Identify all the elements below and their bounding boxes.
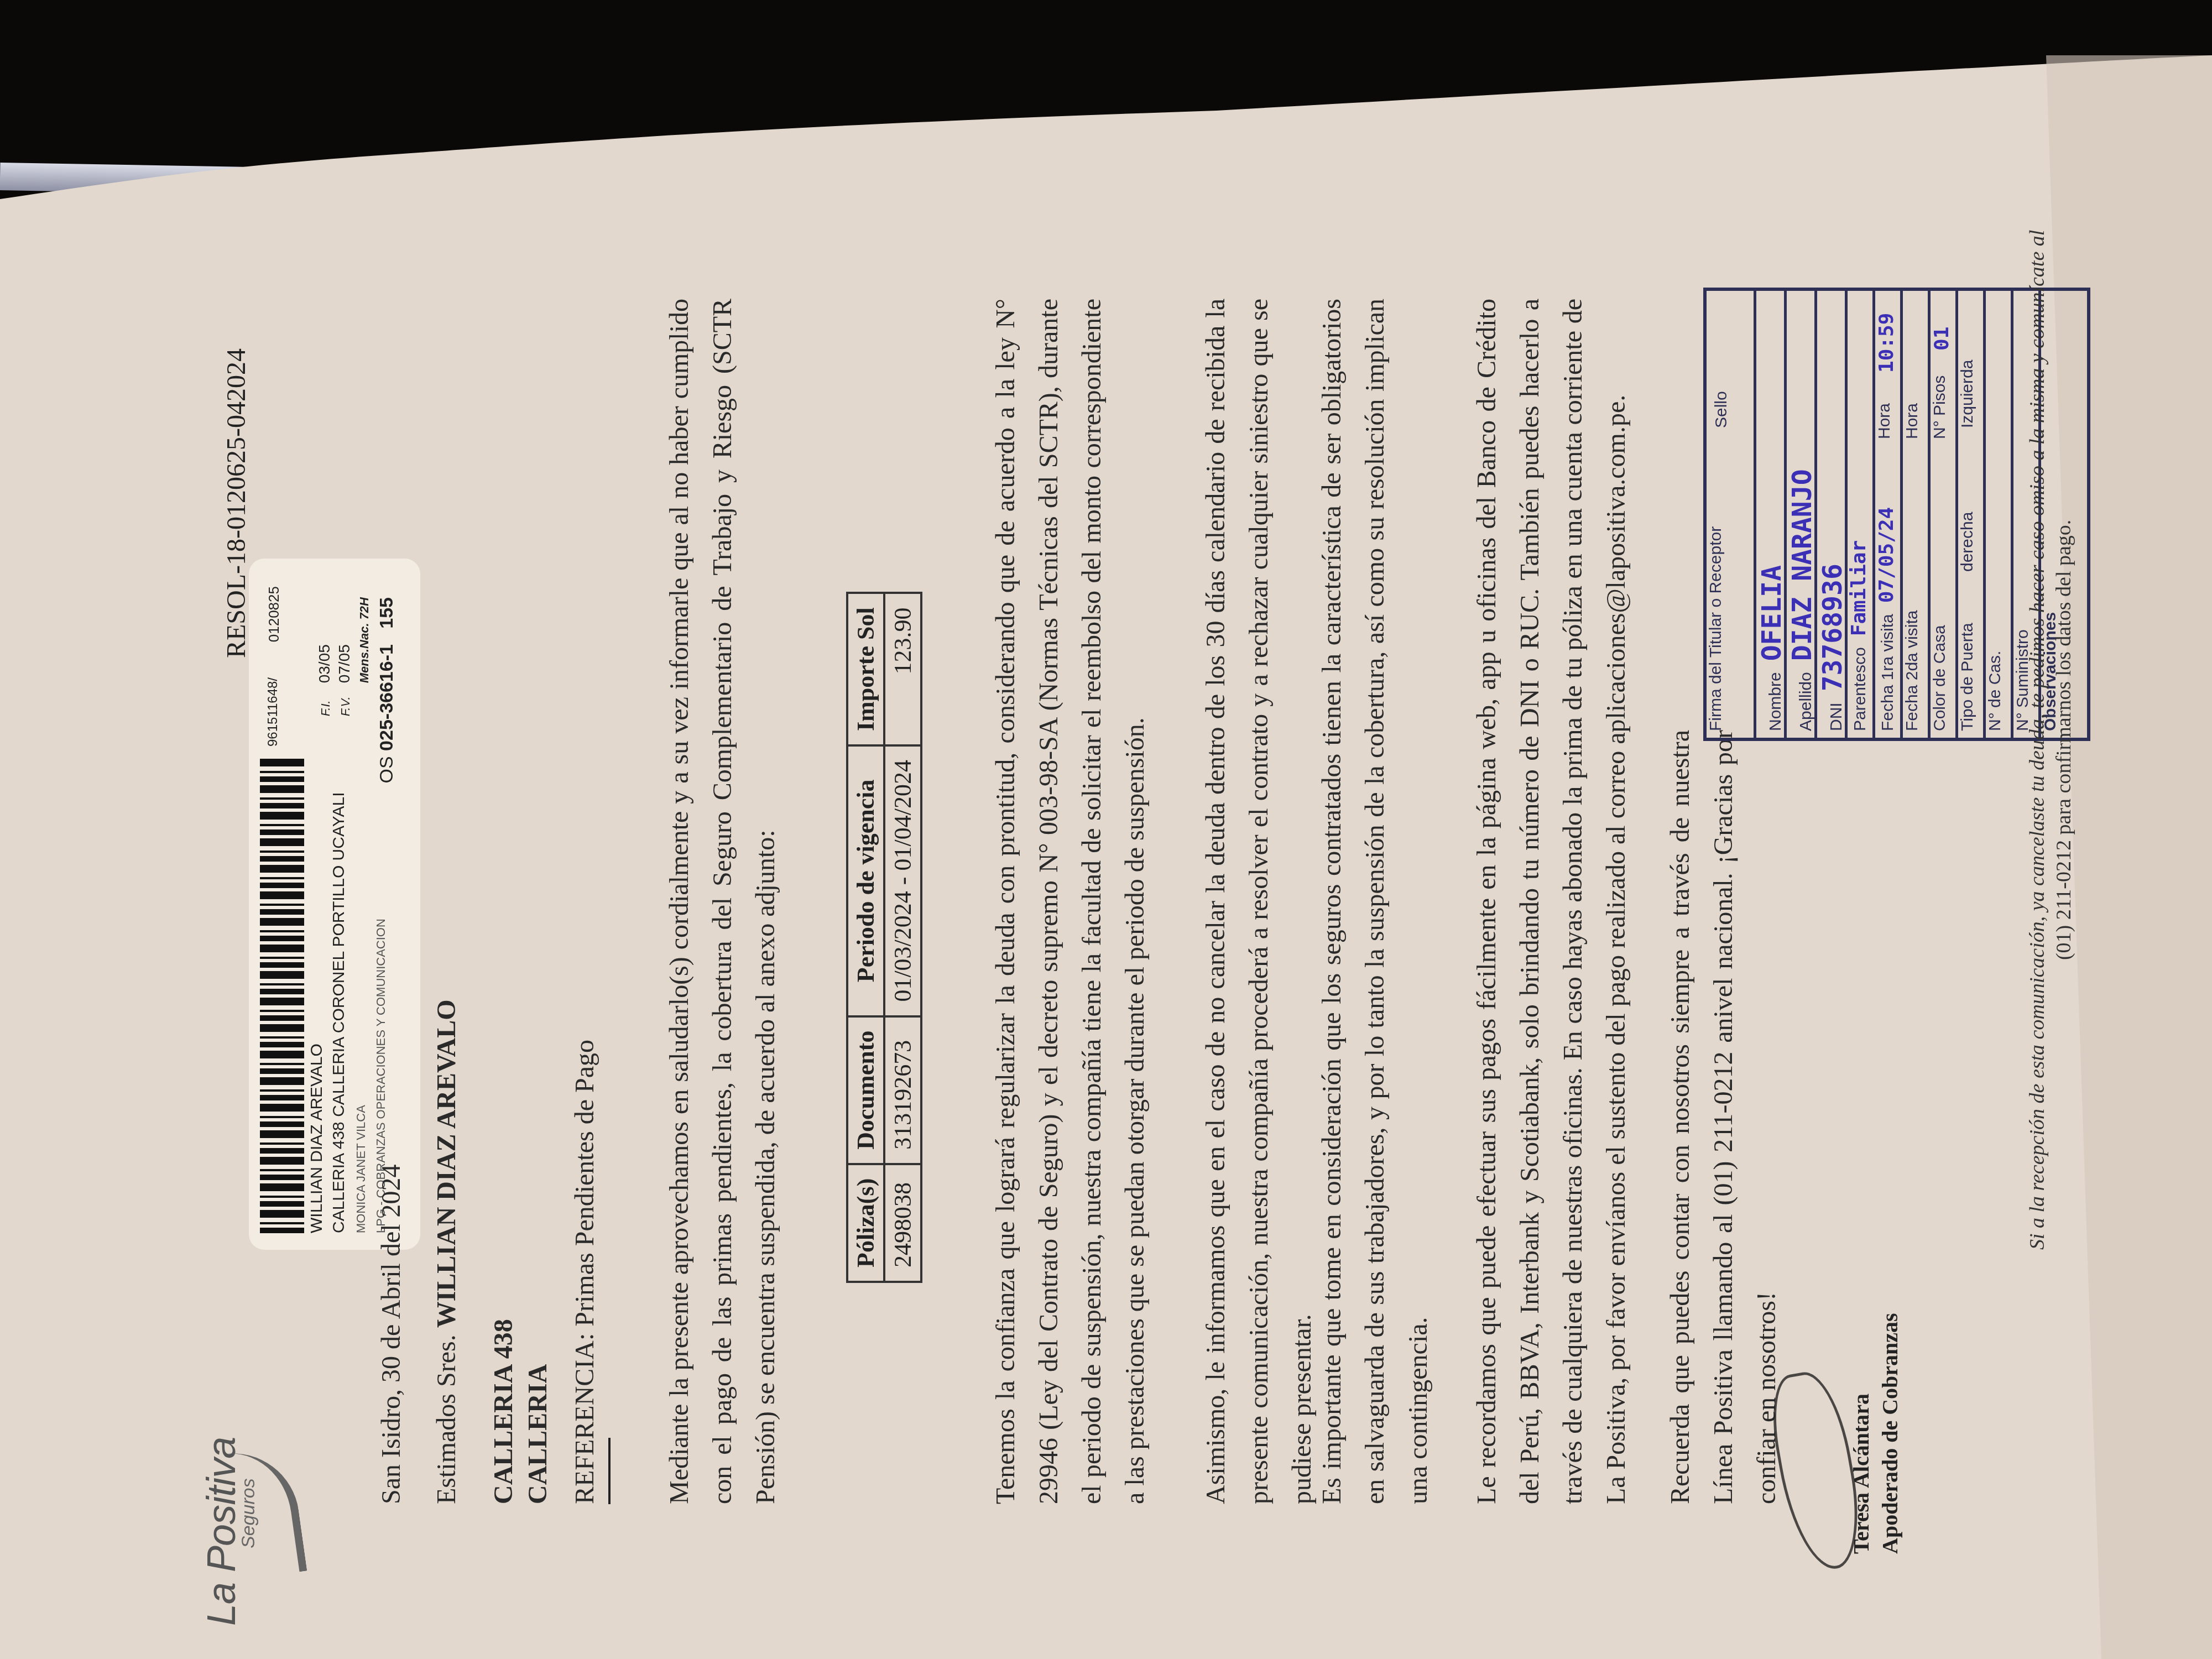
signatory-title: Apoderado de Cobranzas [1876,1313,1905,1554]
barcode-icon [260,758,304,1233]
stamp-row-firma: Firma del Titular o Receptor [1707,291,1756,738]
paragraph-payment: Le recordamos que puede efectuar sus pag… [1465,299,1638,1504]
stamp-row-nombre: NombreOFELIA [1756,291,1787,738]
cell-poliza: 2498038 [884,1164,921,1282]
signatory: Teresa Alcántara Apoderado de Cobranzas [1847,1313,1905,1554]
stamp-row-parentesco: ParentescoFamiliar [1848,291,1875,738]
os-label: OS [376,756,397,783]
paragraph-important: Es importante que tome en consideración … [1311,299,1440,1504]
stamp-row-casa: N° de Cas. [1986,291,2013,738]
address-line-1: CALLERIA 438 [487,1319,521,1504]
os-value: 025-36616-1 [376,644,397,751]
fv-value: 07/05 [336,644,353,683]
greeting: Estimados Sres. WILLIAN DIAZ AREVALO [431,999,462,1504]
stamp-row-color: Color de Casa N° Pisos01 [1931,291,1958,738]
paragraph-law: Tenemos la confianza que logrará regular… [984,299,1157,1504]
stamp-row-apellido: ApellidoDIAZ NARANJO [1787,291,1817,738]
footer-line-2: (01) 211-0212 para confirmarnos los dato… [2051,230,2077,1250]
stamp-row-puerta: Tipo de Puerta derechaIzquierda [1958,291,1986,738]
address-line-2: CALLERIA [521,1319,555,1504]
fv-label: F.V. [336,683,355,716]
footer-note: Si a la recepción de esta comunicación, … [2024,230,2077,1250]
letter-page: La Positiva Seguros RESOL-18-0120625-042… [199,227,2135,1637]
debt-table: Póliza(s) Documento Periodo de vigencia … [846,592,922,1283]
col-periodo: Periodo de vigencia [847,745,884,1016]
barcode-number: 961511648/ [265,677,281,747]
stamp-row-dni: DNI73768936 [1817,291,1848,738]
signatory-name: Teresa Alcántara [1847,1313,1876,1554]
col-poliza: Póliza(s) [847,1164,884,1282]
table-row: 2498038 313192673 01/03/2024 - 01/04/202… [884,593,921,1282]
la-positiva-logo: La Positiva Seguros [199,1349,288,1626]
col-importe: Importe Sol [847,593,884,745]
letter-date: San Isidro, 30 de Abril del 2024 [376,1164,406,1504]
greeting-prefix: Estimados Sres. [432,1334,461,1504]
label-os: OS 025-36616-1 155 [376,597,398,783]
label-code: 0120825 [265,586,283,642]
stamp-row-visita2: Fecha 2da visitaHora [1903,291,1931,738]
divider [608,1438,611,1504]
col-documento: Documento [847,1016,884,1164]
reference-line: REFERENCIA: Primas Pendientes de Pago [570,1040,600,1504]
cell-periodo: 01/03/2024 - 01/04/2024 [884,745,921,1016]
resolution-code: RESOL-18-0120625-042024 [221,348,252,658]
paragraph-closing: Recuerda que puedes contar con nosotros … [1659,730,1788,1504]
fi-value: 03/05 [316,644,333,683]
stamp-row-visita1: Fecha 1ra visita07/05/24 Hora10:59 [1875,291,1903,738]
sello-label: Sello [1712,391,1731,428]
fi-label: F.I. [316,683,335,716]
cell-importe: 123.90 [884,593,921,745]
recipient-address: CALLERIA 438 CALLERIA [487,1319,555,1504]
paragraph-cancel: Asimismo, le informamos que en el caso d… [1194,299,1324,1504]
service-type: Mens.Nac. 72H [355,597,374,683]
paragraph-intro: Mediante la presente aprovechamos en sal… [658,299,787,1504]
os-count: 155 [376,597,397,629]
address-label: 961511648/ 0120825 WILLIAN DIAZ AREVALO … [249,559,420,1250]
cell-documento: 313192673 [884,1016,921,1164]
recipient-name: WILLIAN DIAZ AREVALO [432,999,461,1328]
footer-line-1: Si a la recepción de esta comunicación, … [2026,230,2049,1250]
label-dates: F.I.03/05 F.V.07/05 Mens.Nac. 72H [315,597,374,716]
